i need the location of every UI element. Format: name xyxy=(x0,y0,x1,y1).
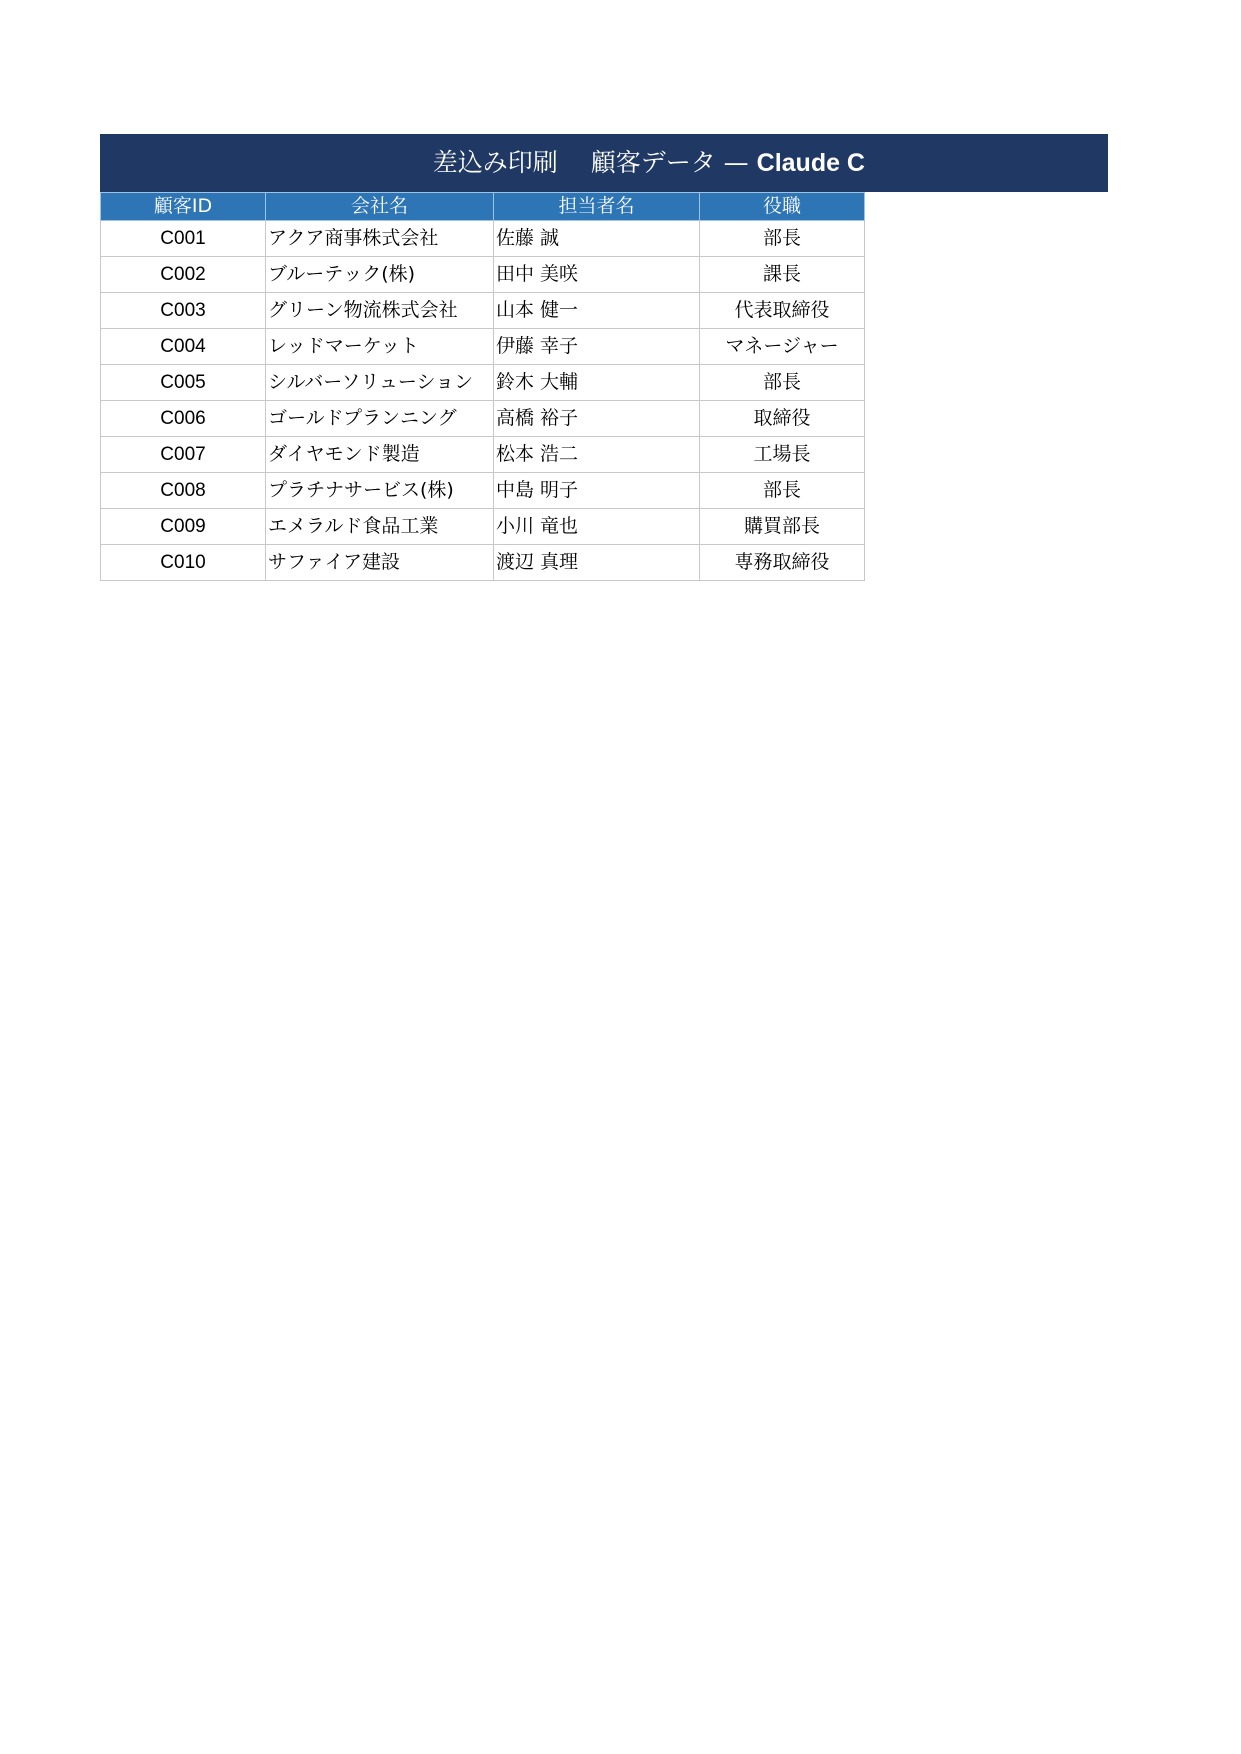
cell-contact[interactable]: 高橋 裕子 xyxy=(494,401,700,437)
table-row: C001 アクア商事株式会社 佐藤 誠 部長 xyxy=(101,221,865,257)
table-row: C007 ダイヤモンド製造 松本 浩二 工場長 xyxy=(101,437,865,473)
cell-title[interactable]: 部長 xyxy=(700,221,865,257)
cell-customer-id[interactable]: C009 xyxy=(101,509,266,545)
cell-company[interactable]: ブルーテック(株) xyxy=(266,257,494,293)
cell-title[interactable]: 課長 xyxy=(700,257,865,293)
customer-table: 顧客ID 会社名 担当者名 役職 C001 アクア商事株式会社 佐藤 誠 部長 … xyxy=(100,192,865,581)
column-header-contact: 担当者名 xyxy=(494,193,700,221)
cell-contact[interactable]: 田中 美咲 xyxy=(494,257,700,293)
cell-company[interactable]: エメラルド食品工業 xyxy=(266,509,494,545)
table-row: C002 ブルーテック(株) 田中 美咲 課長 xyxy=(101,257,865,293)
cell-contact[interactable]: 松本 浩二 xyxy=(494,437,700,473)
table-row: C009 エメラルド食品工業 小川 竜也 購買部長 xyxy=(101,509,865,545)
cell-title[interactable]: 工場長 xyxy=(700,437,865,473)
cell-company[interactable]: アクア商事株式会社 xyxy=(266,221,494,257)
column-header-customer-id: 顧客ID xyxy=(101,193,266,221)
table-row: C003 グリーン物流株式会社 山本 健一 代表取締役 xyxy=(101,293,865,329)
cell-customer-id[interactable]: C005 xyxy=(101,365,266,401)
cell-title[interactable]: 部長 xyxy=(700,473,865,509)
table-row: C010 サファイア建設 渡辺 真理 専務取締役 xyxy=(101,545,865,581)
cell-title[interactable]: 専務取締役 xyxy=(700,545,865,581)
cell-customer-id[interactable]: C010 xyxy=(101,545,266,581)
table-row: C006 ゴールドプランニング 高橋 裕子 取締役 xyxy=(101,401,865,437)
cell-customer-id[interactable]: C002 xyxy=(101,257,266,293)
cell-company[interactable]: ゴールドプランニング xyxy=(266,401,494,437)
table-row: C005 シルバーソリューション 鈴木 大輔 部長 xyxy=(101,365,865,401)
cell-company[interactable]: プラチナサービス(株) xyxy=(266,473,494,509)
column-header-title: 役職 xyxy=(700,193,865,221)
cell-title[interactable]: 購買部長 xyxy=(700,509,865,545)
cell-company[interactable]: レッドマーケット xyxy=(266,329,494,365)
title-suffix: Claude C xyxy=(757,149,865,177)
cell-title[interactable]: 代表取締役 xyxy=(700,293,865,329)
header-row: 顧客ID 会社名 担当者名 役職 xyxy=(101,193,865,221)
cell-customer-id[interactable]: C003 xyxy=(101,293,266,329)
cell-customer-id[interactable]: C006 xyxy=(101,401,266,437)
cell-contact[interactable]: 伊藤 幸子 xyxy=(494,329,700,365)
cell-company[interactable]: サファイア建設 xyxy=(266,545,494,581)
cell-title[interactable]: 部長 xyxy=(700,365,865,401)
cell-contact[interactable]: 山本 健一 xyxy=(494,293,700,329)
cell-company[interactable]: ダイヤモンド製造 xyxy=(266,437,494,473)
table-row: C008 プラチナサービス(株) 中島 明子 部長 xyxy=(101,473,865,509)
cell-customer-id[interactable]: C004 xyxy=(101,329,266,365)
column-header-company: 会社名 xyxy=(266,193,494,221)
title-main: 差込み印刷 顧客データ — xyxy=(433,148,749,177)
cell-contact[interactable]: 鈴木 大輔 xyxy=(494,365,700,401)
table-row: C004 レッドマーケット 伊藤 幸子 マネージャー xyxy=(101,329,865,365)
cell-contact[interactable]: 渡辺 真理 xyxy=(494,545,700,581)
cell-customer-id[interactable]: C008 xyxy=(101,473,266,509)
cell-company[interactable]: シルバーソリューション xyxy=(266,365,494,401)
cell-title[interactable]: マネージャー xyxy=(700,329,865,365)
cell-customer-id[interactable]: C007 xyxy=(101,437,266,473)
cell-contact[interactable]: 中島 明子 xyxy=(494,473,700,509)
cell-title[interactable]: 取締役 xyxy=(700,401,865,437)
cell-company[interactable]: グリーン物流株式会社 xyxy=(266,293,494,329)
cell-customer-id[interactable]: C001 xyxy=(101,221,266,257)
cell-contact[interactable]: 小川 竜也 xyxy=(494,509,700,545)
page-title: 差込み印刷 顧客データ — Claude C xyxy=(100,134,865,192)
cell-contact[interactable]: 佐藤 誠 xyxy=(494,221,700,257)
